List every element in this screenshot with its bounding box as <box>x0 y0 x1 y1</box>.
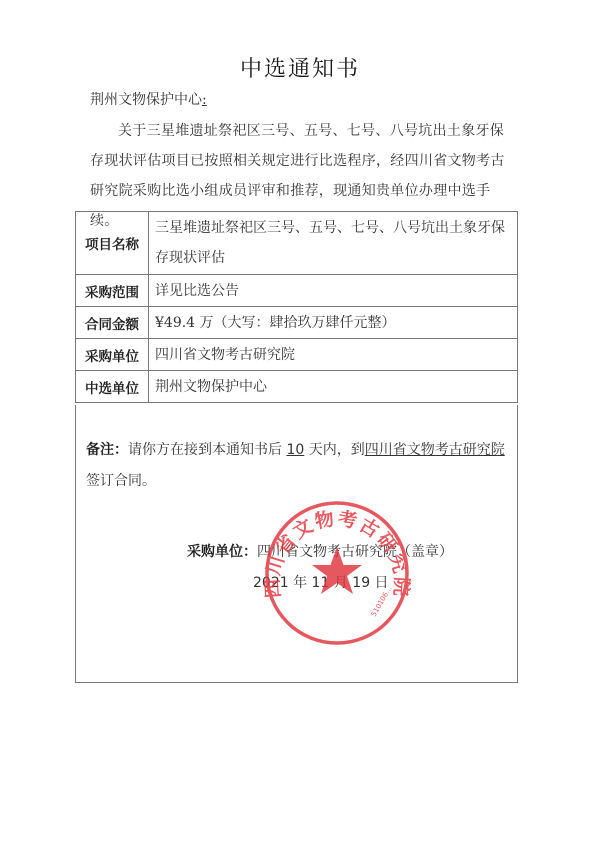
issue-date: 2021 年 11 月 19 日 <box>253 572 389 592</box>
addressee-colon: : <box>202 92 207 108</box>
signer-name: 四川省文物考古研究院（盖章） <box>257 544 453 560</box>
table-row-winner: 中选单位 荆州文物保护中心 <box>76 371 518 403</box>
signer-label: 采购单位： <box>187 544 257 560</box>
remarks-text-part: 天内，到 <box>304 442 364 458</box>
row-value: 三星堆遗址祭祀区三号、五号、七号、八号坑出土象牙保存现状评估 <box>149 212 518 275</box>
addressee: 荆州文物保护中心: <box>90 89 207 109</box>
date-year: 2021 <box>253 575 289 591</box>
row-label: 采购范围 <box>76 275 149 307</box>
date-unit: 月 <box>329 575 352 591</box>
date-unit: 日 <box>370 575 388 591</box>
remarks-text-part: 签订合同。 <box>86 473 156 489</box>
remarks-days: 10 <box>286 442 304 458</box>
row-value: 四川省文物考古研究院 <box>149 339 518 371</box>
table-row-project-name: 项目名称 三星堆遗址祭祀区三号、五号、七号、八号坑出土象牙保存现状评估 <box>76 212 518 275</box>
document-title: 中选通知书 <box>0 52 600 83</box>
row-label: 项目名称 <box>76 212 149 275</box>
row-value: ¥49.4 万（大写：肆拾玖万肆仟元整） <box>149 307 518 339</box>
date-day: 19 <box>352 575 370 591</box>
row-value: 荆州文物保护中心 <box>149 371 518 403</box>
table-row-amount: 合同金额 ¥49.4 万（大写：肆拾玖万肆仟元整） <box>76 307 518 339</box>
row-value: 详见比选公告 <box>149 275 518 307</box>
date-unit: 年 <box>289 575 312 591</box>
row-label: 采购单位 <box>76 339 149 371</box>
addressee-name: 荆州文物保护中心 <box>90 92 202 108</box>
info-table: 项目名称 三星堆遗址祭祀区三号、五号、七号、八号坑出土象牙保存现状评估 采购范围… <box>75 211 518 403</box>
signer-line: 采购单位：四川省文物考古研究院（盖章） <box>187 541 453 561</box>
row-label: 合同金额 <box>76 307 149 339</box>
remarks-place: 四川省文物考古研究院 <box>365 442 505 458</box>
table-row-scope: 采购范围 详见比选公告 <box>76 275 518 307</box>
table-row-purchaser: 采购单位 四川省文物考古研究院 <box>76 339 518 371</box>
date-month: 11 <box>312 575 330 591</box>
remarks-text-part: 请你方在接到本通知书后 <box>128 442 286 458</box>
remarks-text: 备注：请你方在接到本通知书后 10 天内，到四川省文物考古研究院签订合同。 <box>86 435 510 497</box>
row-label: 中选单位 <box>76 371 149 403</box>
remarks-label: 备注： <box>86 442 128 458</box>
